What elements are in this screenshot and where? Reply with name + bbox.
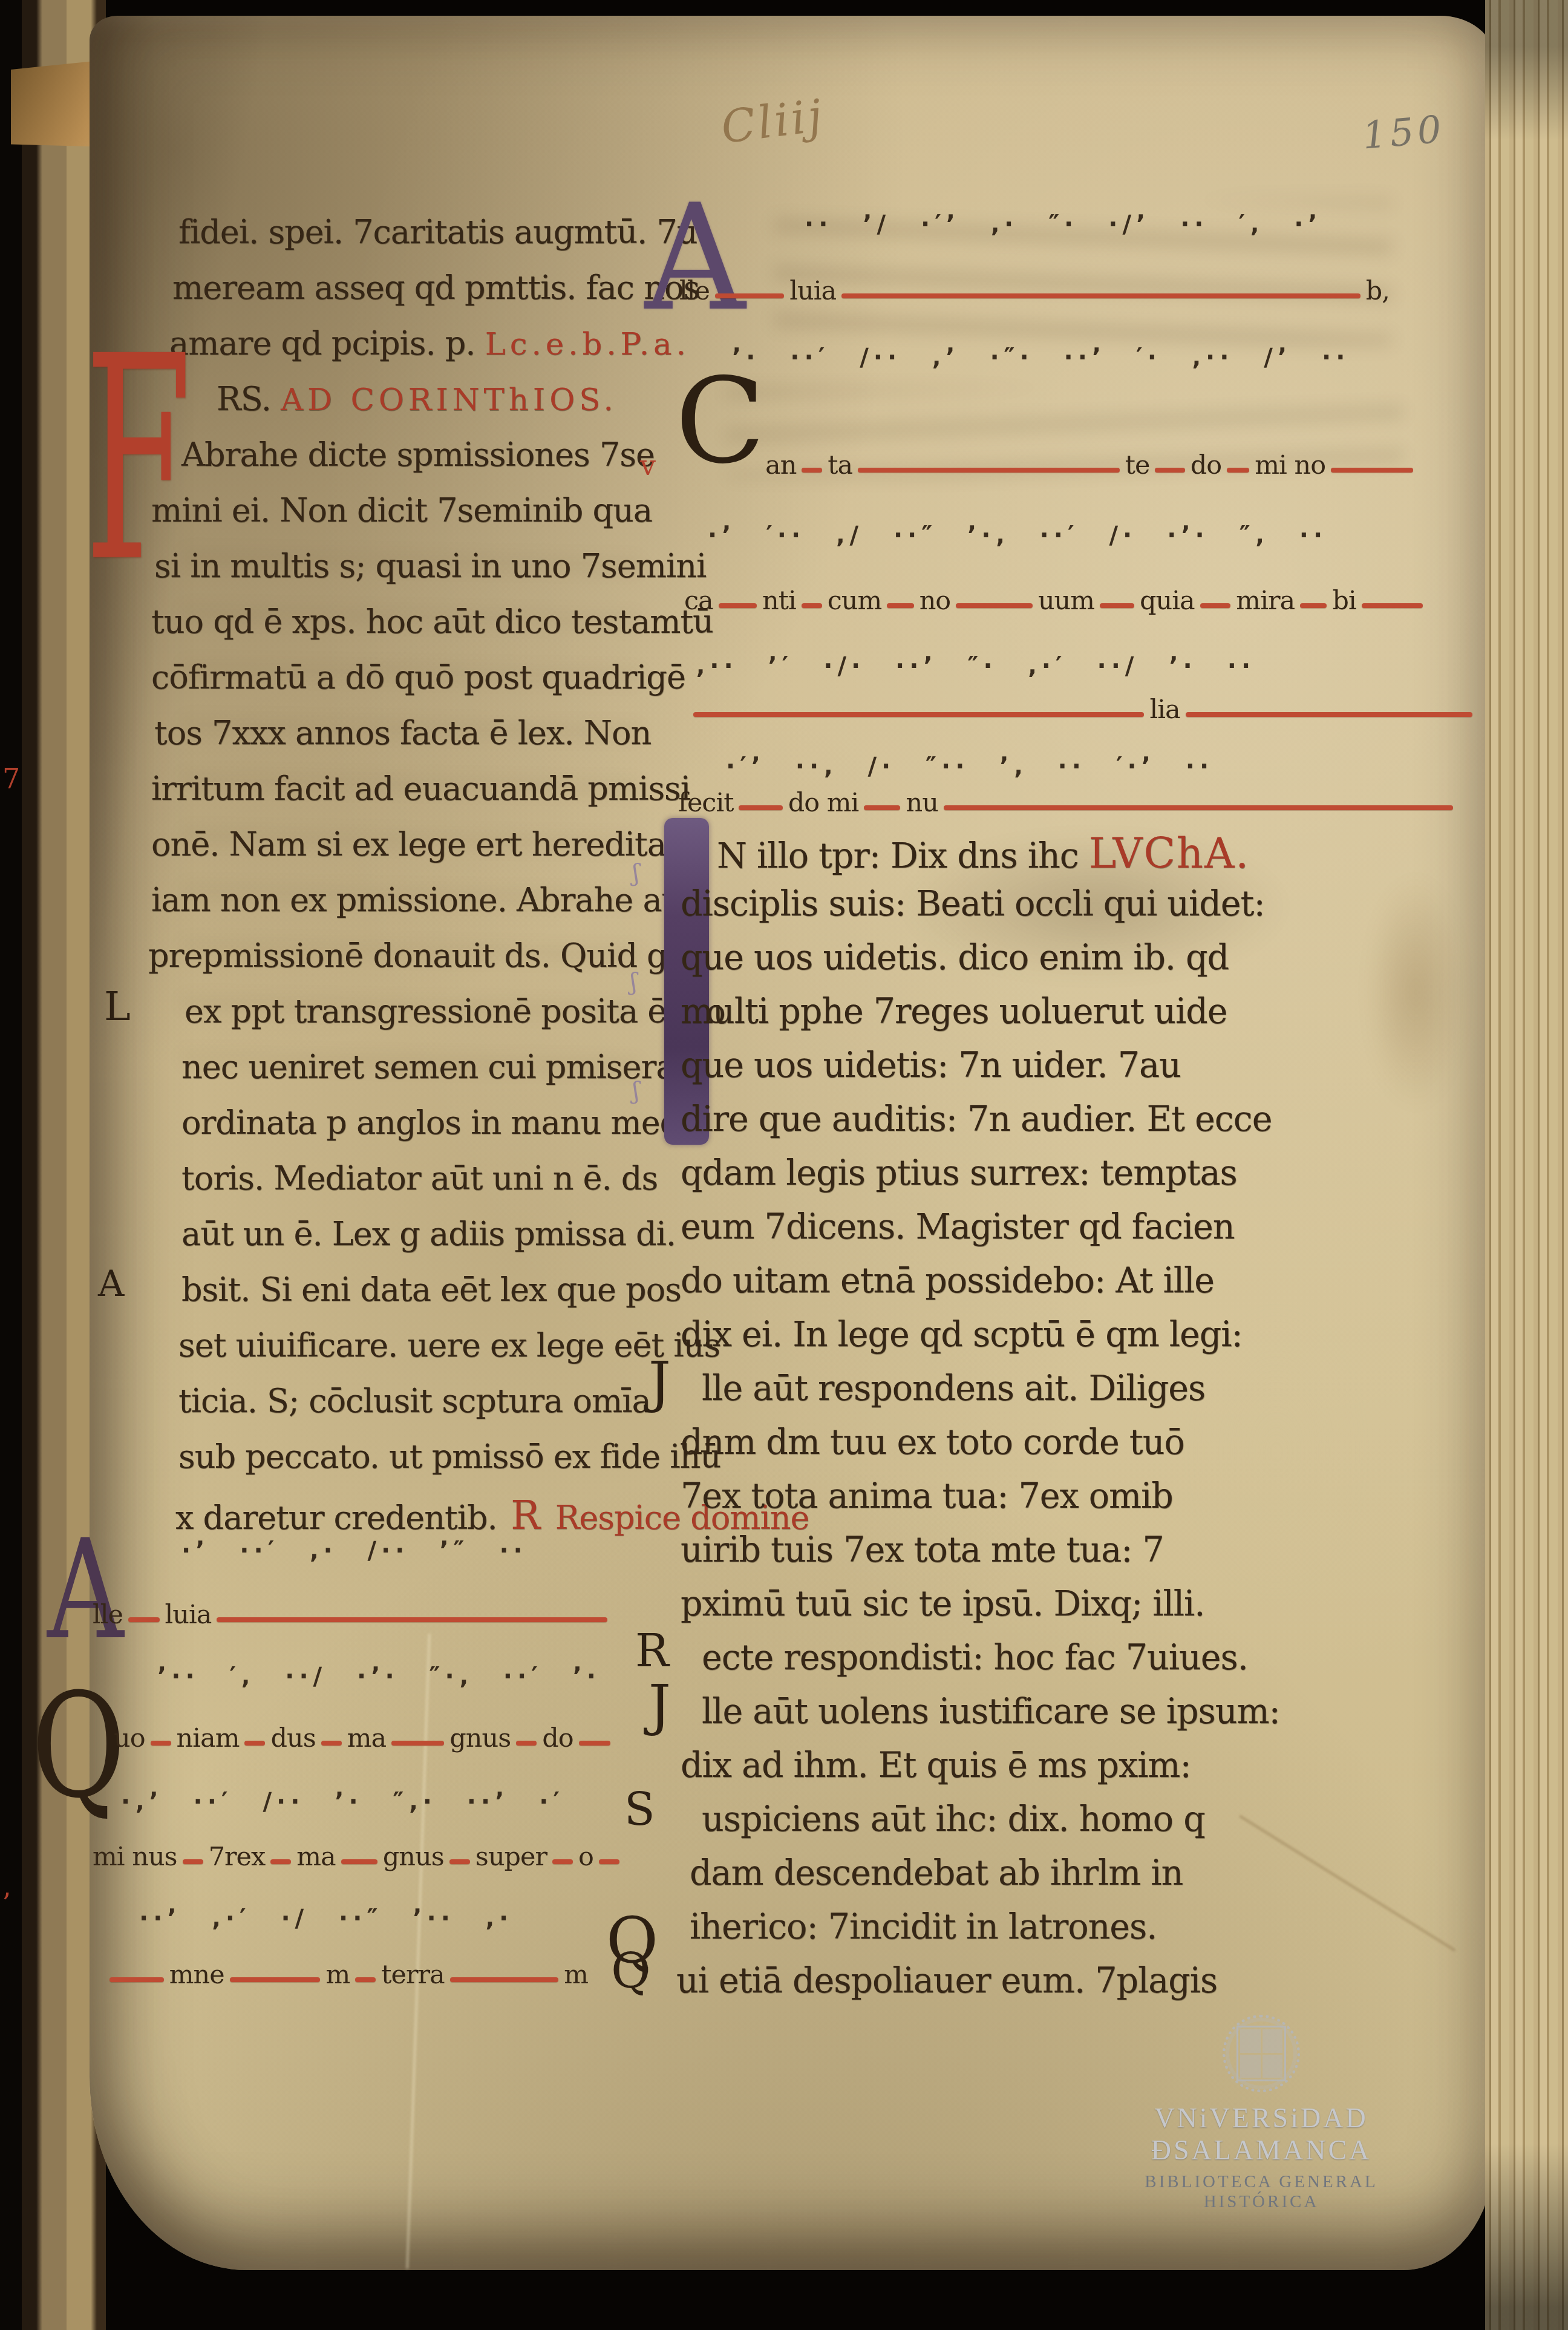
chant-syllable: b,: [1364, 278, 1391, 304]
manuscript-text-line: do uitam etnā possidebo: At ille: [681, 1261, 1214, 1301]
text-segment: iherico: 7incidit in latrones.: [690, 1907, 1157, 1947]
text-segment: meream asseq qd pmttis. fac nos: [172, 269, 699, 307]
staff-line: [449, 1859, 470, 1864]
staff-line: [1200, 603, 1231, 608]
text-segment: tuo qd ē xps. hoc aūt dico testamtū: [151, 603, 713, 641]
chant-line: mi nus7rexmagnussupero: [91, 1844, 623, 1870]
text-segment: onē. Nam si ex lege ert hereditas.: [151, 825, 692, 863]
manuscript-text-line: toris. Mediator aūt uni n ē. ds: [181, 1159, 658, 1197]
manuscript-text-line: pximū tuū sic te ipsū. Dixq; illi.: [681, 1584, 1204, 1624]
staff-line: [516, 1741, 537, 1746]
chant-syllable: uo: [112, 1726, 147, 1752]
text-segment: pximū tuū sic te ipsū. Dixq; illi.: [681, 1584, 1204, 1624]
neume-row: ·· ʼ∕ ·′ʼ ‚· ″· ·∕ʼ ·· ′‚ ·ʼ: [805, 211, 1322, 238]
chant-syllable: te: [1123, 453, 1152, 479]
staff-line: [1331, 468, 1413, 473]
neume-row: ‚·· ʼ′ ·∕· ··ʼ ″· ‚·′ ··∕ ʼ· ··: [696, 652, 1255, 680]
chant-syllable: lia: [1148, 697, 1181, 723]
chant-syllable: mi nus: [91, 1844, 179, 1870]
chant-syllable: quia: [1138, 588, 1197, 614]
text-segment: dam descendebat ab ihrlm in: [690, 1853, 1183, 1893]
staff-line: [151, 1741, 171, 1746]
decorated-initial: J: [648, 1360, 671, 1405]
staff-line: [802, 603, 822, 608]
text-segment: tos 7xxx annos facta ē lex. Non: [154, 714, 651, 752]
chant-line: uoniamdusmagnusdo: [112, 1726, 614, 1752]
manuscript-text-line: nec ueniret semen cui pmiserat: [181, 1048, 687, 1086]
chant-syllable: lle: [91, 1602, 125, 1628]
text-segment: ticia. S; cōclusit scptura omīa: [178, 1382, 651, 1420]
manuscript-text-line: tos 7xxx annos facta ē lex. Non: [154, 714, 651, 752]
text-segment: do uitam etnā possidebo: At ille: [681, 1261, 1214, 1301]
chant-syllable: gnus: [381, 1844, 446, 1870]
manuscript-text-line: que uos uidetis: 7n uider. 7au: [681, 1046, 1181, 1085]
text-segment: si in multis s; quasi in uno 7semini: [154, 547, 706, 585]
manuscript-text-line: bsit. Si eni data eēt lex que pos: [181, 1271, 681, 1309]
chant-syllable: fecit: [676, 790, 735, 816]
chant-syllable: cum: [826, 588, 884, 614]
manuscript-text-line: uirib tuis 7ex tota mte tua: 7: [681, 1530, 1164, 1570]
chant-syllable: uum: [1036, 588, 1096, 614]
staff-line: [230, 1977, 321, 1982]
staff-line: [1155, 468, 1184, 473]
text-segment: lle aūt uolens iustificare se ipsum:: [702, 1692, 1280, 1732]
manuscript-text-line: RS. AD CORINThIOS.: [217, 380, 618, 418]
manuscript-text-line: disciplis suis: Beati occli qui uidet:: [681, 884, 1265, 924]
watermark-salamanca: ÐSALAMANCA: [1119, 2134, 1403, 2166]
staff-line: [391, 1741, 444, 1746]
manuscript-text-line: eum 7dicens. Magister qd facien: [681, 1207, 1235, 1247]
manuscript-text-line: iherico: 7incidit in latrones.: [690, 1907, 1157, 1947]
gutter-red-mark: 7: [2, 762, 20, 795]
chant-syllable: terra: [379, 1962, 446, 1988]
staff-line: [1300, 603, 1327, 608]
chant-syllable: m: [562, 1962, 590, 1988]
staff-line: [1227, 468, 1249, 473]
text-segment: nec ueniret semen cui pmiserat: [181, 1048, 687, 1086]
text-segment: qdam legis ptius surrex: temptas: [681, 1153, 1237, 1193]
manuscript-text-line: ecte respondisti: hoc fac 7uiues.: [702, 1638, 1248, 1678]
staff-line: [693, 712, 1144, 717]
manuscript-text-line: dix ei. In lege qd scptū ē qm legi:: [681, 1315, 1243, 1355]
text-segment: irritum facit ad euacuandā pmissi: [151, 770, 690, 808]
text-segment: cōfirmatū a dō quō post quadrigē: [151, 658, 685, 696]
gutter-red-mark: ʼ: [1, 1888, 10, 1920]
text-segment: N illo tpr: Dix dns ihc: [717, 836, 1089, 876]
manuscript-text-line: multi pphe 7reges uoluerut uide: [681, 992, 1227, 1032]
manuscript-text-line: fidei. spei. 7caritatis augmtū. 7ut: [178, 213, 710, 251]
manuscript-text-line: irritum facit ad euacuandā pmissi: [151, 770, 690, 808]
pen-flourish: ʃ: [633, 859, 639, 887]
text-segment: uirib tuis 7ex tota mte tua: 7: [681, 1530, 1164, 1570]
staff-line: [956, 603, 1033, 608]
manuscript-text-line: N illo tpr: Dix dns ihc LVChA.: [717, 830, 1250, 878]
text-segment: uspiciens aūt ihc: dix. homo q: [702, 1799, 1205, 1839]
text-segment: ordinata p anglos in manu media: [181, 1104, 709, 1142]
staff-line: [864, 805, 900, 810]
chant-syllable: luia: [163, 1602, 214, 1628]
university-seal-icon: [1223, 2015, 1300, 2092]
chant-syllable: mira: [1234, 588, 1296, 614]
neume-row: ·′ʼ ··‚ ∕· ″·· ʼ‚ ·· ′·ʼ ··: [726, 753, 1214, 780]
versicle-mark: v: [640, 449, 656, 482]
decorated-initial: Q: [611, 1952, 651, 1991]
chant-syllable: no: [918, 588, 953, 614]
staff-line: [1362, 603, 1423, 608]
chant-syllable: ca: [682, 588, 715, 614]
watermark-library: BIBLIOTECA GENERAL HISTÓRICA: [1119, 2172, 1403, 2212]
staff-line: [802, 468, 822, 473]
chant-syllable: ma: [295, 1844, 337, 1870]
chant-syllable: do: [1189, 453, 1223, 479]
text-segment: Abrahe dicte spmissiones 7se: [181, 436, 655, 474]
text-segment: iam non ex pmissione. Abrahe aūt: [151, 881, 694, 919]
decorated-initial: R: [635, 1634, 669, 1669]
chant-syllable: m: [324, 1962, 351, 1988]
manuscript-text-line: dam descendebat ab ihrlm in: [690, 1853, 1183, 1893]
text-segment: dnm dm tuu ex toto corde tuō: [681, 1422, 1184, 1462]
chant-syllable: an: [763, 453, 798, 479]
chant-syllable: niam: [175, 1726, 241, 1752]
decorated-initial: A: [98, 1269, 124, 1298]
staff-line: [944, 805, 1453, 810]
decorated-initial-I: [664, 818, 709, 1145]
rubric-segment: R: [497, 1493, 555, 1539]
chant-syllable: ma: [345, 1726, 388, 1752]
chant-syllable: 7rex: [207, 1844, 267, 1870]
staff-line: [1100, 603, 1134, 608]
manuscript-text-line: tuo qd ē xps. hoc aūt dico testamtū: [151, 603, 713, 641]
manuscript-text-line: mini ei. Non dicit 7seminib qua: [151, 491, 652, 529]
chant-syllable: nu: [904, 790, 939, 816]
pen-flourish: ʃ: [630, 968, 637, 996]
chant-line: fecitdo minu: [676, 790, 1457, 816]
chant-syllable: do: [540, 1726, 575, 1752]
manuscript-content: fidei. spei. 7caritatis augmtū. 7utmerea…: [0, 0, 1568, 2330]
manuscript-text-line: si in multis s; quasi in uno 7semini: [154, 547, 706, 585]
staff-line: [355, 1977, 376, 1982]
pen-flourish: ʃ: [633, 1077, 639, 1105]
manuscript-text-line: uspiciens aūt ihc: dix. homo q: [702, 1799, 1205, 1839]
text-segment: amare qd pcipis. p.: [169, 324, 485, 362]
text-segment: toris. Mediator aūt uni n ē. ds: [181, 1159, 658, 1197]
text-segment: que uos uidetis: 7n uider. 7au: [681, 1046, 1181, 1085]
staff-line: [217, 1617, 607, 1622]
text-segment: 7ex tota anima tua: 7ex omib: [681, 1476, 1173, 1516]
chant-syllable: mne: [168, 1962, 226, 1988]
seal-emblem: [1236, 2026, 1286, 2081]
staff-line: [552, 1859, 573, 1864]
text-segment: lle aūt respondens ait. Diliges: [702, 1369, 1205, 1409]
chant-syllable: ta: [826, 453, 854, 479]
manuscript-text-line: meream asseq qd pmttis. fac nos: [172, 269, 699, 307]
manuscript-photo: { "folio": { "roman": "Cliij", "arabic":…: [0, 0, 1568, 2330]
text-segment: sub peccato. ut pmissō ex fide ihū: [178, 1438, 720, 1476]
text-segment: multi pphe 7reges uoluerut uide: [681, 992, 1227, 1032]
manuscript-text-line: ex ppt transgressionē posita ē. do: [185, 992, 725, 1030]
manuscript-text-line: ui etiā despoliauer eum. 7plagis: [676, 1961, 1217, 2001]
text-segment: mini ei. Non dicit 7seminib qua: [151, 491, 652, 529]
manuscript-text-line: lle aūt uolens iustificare se ipsum:: [702, 1692, 1280, 1732]
staff-line: [715, 293, 784, 298]
manuscript-text-line: Abrahe dicte spmissiones 7se: [181, 436, 655, 474]
manuscript-text-line: cōfirmatū a dō quō post quadrigē: [151, 658, 685, 696]
text-segment: ex ppt transgressionē posita ē. do: [185, 992, 725, 1030]
manuscript-text-line: iam non ex pmissione. Abrahe aūt: [151, 881, 694, 919]
manuscript-text-line: dnm dm tuu ex toto corde tuō: [681, 1422, 1184, 1462]
staff-line: [579, 1741, 610, 1746]
chant-syllable: dus: [269, 1726, 317, 1752]
manuscript-text-line: ordinata p anglos in manu media: [181, 1104, 709, 1142]
staff-line: [1186, 712, 1472, 717]
library-watermark: VNiVERSiDAD ÐSALAMANCA BIBLIOTECA GENERA…: [1119, 2015, 1403, 2212]
decorated-initial: C: [675, 374, 765, 468]
text-segment: set uiuificare. uere ex lege eēt ius: [178, 1326, 720, 1364]
chant-syllable: do mi: [786, 790, 861, 816]
manuscript-text-line: aūt un ē. Lex g adiis pmissa di.: [181, 1215, 676, 1253]
text-segment: aūt un ē. Lex g adiis pmissa di.: [181, 1215, 676, 1253]
manuscript-text-line: set uiuificare. uere ex lege eēt ius: [178, 1326, 720, 1364]
manuscript-text-line: lle aūt respondens ait. Diliges: [702, 1369, 1205, 1409]
neume-row: ·ʼ ··′ ‚· ∕·· ʼ″ ··: [181, 1537, 528, 1565]
chant-syllable: luia: [788, 278, 838, 304]
staff-line: [109, 1977, 164, 1982]
chant-line: lia: [690, 697, 1476, 723]
neume-row: ·ʼ ′·· ‚∕ ··″ ʼ·‚ ··′ ∕· ·ʼ· ″‚ ··: [708, 522, 1327, 549]
decorated-initial: S: [624, 1792, 655, 1828]
text-segment: bsit. Si eni data eēt lex que pos: [181, 1271, 681, 1309]
text-segment: dix ad ihm. Et quis ē ms pxim:: [681, 1746, 1191, 1785]
staff-line: [858, 468, 1119, 473]
neume-row: ʼ·· ′‚ ··∕ ·ʼ· ″·‚ ··′ ʼ·: [157, 1663, 601, 1690]
decorated-initial: J: [648, 1683, 671, 1728]
staff-line: [128, 1617, 160, 1622]
rubric-segment: LVChA.: [1089, 830, 1250, 878]
staff-line: [599, 1859, 619, 1864]
text-segment: ui etiā despoliauer eum. 7plagis: [676, 1961, 1217, 2001]
chant-syllable: gnus: [448, 1726, 512, 1752]
text-segment: dire que auditis: 7n audier. Et ecce: [681, 1099, 1272, 1139]
chant-syllable: super: [474, 1844, 549, 1870]
staff-line: [719, 603, 757, 608]
staff-line: [450, 1977, 559, 1982]
staff-line: [841, 293, 1361, 298]
chant-syllable: lle: [678, 278, 711, 304]
chant-syllable: bi: [1330, 588, 1357, 614]
chant-line: lleluia: [91, 1602, 611, 1628]
text-segment: disciplis suis: Beati occli qui uidet:: [681, 884, 1265, 924]
staff-line: [739, 805, 782, 810]
text-segment: eum 7dicens. Magister qd facien: [681, 1207, 1235, 1247]
staff-line: [244, 1741, 265, 1746]
chant-line: canticumnouumquiamirabi: [682, 588, 1426, 614]
manuscript-text-line: dire que auditis: 7n audier. Et ecce: [681, 1099, 1272, 1139]
chant-line: lleluiab,: [678, 278, 1391, 304]
manuscript-text-line: 7ex tota anima tua: 7ex omib: [681, 1476, 1173, 1516]
text-segment: que uos uidetis. dico enim ib. qd: [681, 938, 1229, 978]
watermark-university: VNiVERSiDAD: [1119, 2102, 1403, 2134]
text-segment: fidei. spei. 7caritatis augmtū. 7ut: [178, 213, 710, 251]
chant-syllable: mi no: [1253, 453, 1327, 479]
manuscript-text-line: que uos uidetis. dico enim ib. qd: [681, 938, 1229, 978]
neume-row: ʼ· ··′ ∕·· ‚ʼ ·″· ··ʼ ′· ‚·· ∕ʼ ··: [732, 344, 1350, 371]
manuscript-text-line: amare qd pcipis. p. Lc.e.b.P.a.: [169, 324, 690, 362]
manuscript-text-line: dix ad ihm. Et quis ē ms pxim:: [681, 1746, 1191, 1785]
staff-line: [321, 1741, 342, 1746]
manuscript-text-line: sub peccato. ut pmissō ex fide ihū: [178, 1438, 720, 1476]
chant-syllable: nti: [760, 588, 798, 614]
neume-row: ·‚ʼ ··′ ∕·· ʼ· ″‚· ··ʼ ·′: [121, 1788, 564, 1816]
staff-line: [341, 1859, 377, 1864]
manuscript-text-line: onē. Nam si ex lege ert hereditas.: [151, 825, 692, 863]
rubric-segment: AD CORINThIOS.: [281, 382, 618, 418]
manuscript-text-line: prepmissionē donauit ds. Quid g.: [148, 937, 677, 975]
chant-line: mnemterram: [106, 1962, 590, 1988]
text-segment: prepmissionē donauit ds. Quid g.: [148, 937, 677, 975]
manuscript-text-line: qdam legis ptius surrex: temptas: [681, 1153, 1237, 1193]
chant-syllable: o: [577, 1844, 595, 1870]
text-segment: ecte respondisti: hoc fac 7uiues.: [702, 1638, 1248, 1678]
manuscript-scan: Cliij 150 fidei. spei. 7caritatis augmtū…: [0, 0, 1568, 2330]
staff-line: [887, 603, 913, 608]
manuscript-text-line: ticia. S; cōclusit scptura omīa: [178, 1382, 651, 1420]
text-segment: RS.: [217, 380, 281, 418]
staff-line: [270, 1859, 291, 1864]
text-segment: x daretur credentib.: [175, 1499, 497, 1537]
decorated-initial: F: [85, 348, 192, 573]
neume-row: ··ʼ ‚·′ ·∕ ··″ ʼ·· ‚·: [139, 1905, 513, 1932]
decorated-initial: L: [104, 991, 131, 1023]
chant-line: antatedomi no: [763, 453, 1417, 479]
text-segment: dix ei. In lege qd scptū ē qm legi:: [681, 1315, 1243, 1355]
staff-line: [183, 1859, 203, 1864]
